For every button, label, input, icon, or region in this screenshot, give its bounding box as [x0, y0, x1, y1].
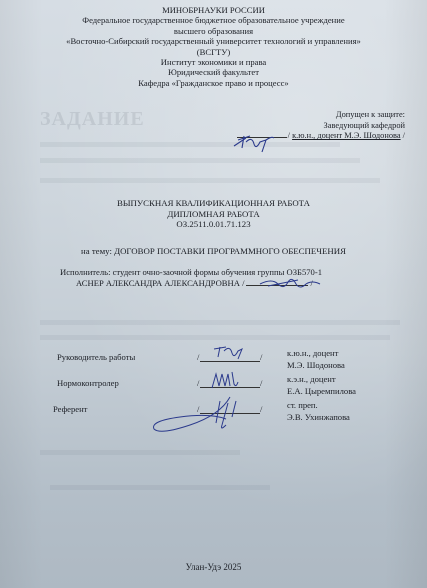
- signatory-role: Руководитель работы: [57, 352, 187, 362]
- signatory-name: Э.В. Ухинжапова: [287, 412, 350, 424]
- document-page: ЗАДАНИЕ МИНОБРНАУКИ РОССИИ Федеральное г…: [0, 0, 427, 588]
- bleed-through-line: [40, 158, 360, 163]
- normcontroller-signature-icon: [210, 370, 240, 392]
- supervisor-signature-icon: [212, 343, 246, 361]
- faculty: Юридический факультет: [0, 67, 427, 77]
- executor-signature-icon: [258, 276, 322, 292]
- bleed-through-line: [50, 485, 270, 490]
- title-line1: ВЫПУСКНАЯ КВАЛИФИКАЦИОННАЯ РАБОТА: [0, 198, 427, 209]
- ministry: МИНОБРНАУКИ РОССИИ: [0, 5, 427, 15]
- signature-line: [200, 361, 260, 362]
- university-abbr: (ВСГТУ): [0, 47, 427, 57]
- thesis-topic: на тему: ДОГОВОР ПОСТАВКИ ПРОГРАММНОГО О…: [0, 246, 427, 256]
- bleed-through-line: [40, 335, 390, 340]
- institution-type: Федеральное государственное бюджетное об…: [0, 15, 427, 25]
- signatory-credential: к.ю.н., доцент: [287, 348, 345, 360]
- signatory-role: Нормоконтролер: [57, 378, 187, 388]
- education-level: высшего образования: [0, 26, 427, 36]
- bleed-through-line: [40, 450, 240, 455]
- signatory-credential: ст. преп.: [287, 400, 350, 412]
- referent-signature-icon: [150, 395, 250, 445]
- bleed-through-heading: ЗАДАНИЕ: [40, 108, 145, 131]
- signatory-name: М.Э. Шодонова: [287, 360, 345, 372]
- institute: Институт экономики и права: [0, 57, 427, 67]
- head-credentials: к.ю.н., доцент М.Э. Шодонова: [292, 131, 401, 140]
- approval-line1: Допущен к защите:: [237, 110, 405, 121]
- approval-line2: Заведующий кафедрой: [237, 121, 405, 132]
- department: Кафедра «Гражданское право и процесс»: [0, 78, 427, 88]
- signatory-name: Е.А. Цыремпилова: [287, 386, 356, 398]
- executor-name: АСНЕР АЛЕКСАНДРА АЛЕКСАНДРОВНА /: [76, 278, 244, 288]
- university-name: «Восточно-Сибирский государственный унив…: [0, 36, 427, 46]
- head-signature-icon: [232, 132, 276, 154]
- bleed-through-line: [40, 142, 340, 147]
- document-code: ОЗ.2511.0.01.71.123: [0, 219, 427, 230]
- title-line2: ДИПЛОМНАЯ РАБОТА: [0, 209, 427, 220]
- institution-header: МИНОБРНАУКИ РОССИИ Федеральное государст…: [0, 5, 427, 88]
- signatory-credential: к.э.н., доцент: [287, 374, 356, 386]
- bleed-through-line: [40, 178, 380, 183]
- approval-slash: /: [403, 131, 405, 140]
- title-block: ВЫПУСКНАЯ КВАЛИФИКАЦИОННАЯ РАБОТА ДИПЛОМ…: [0, 198, 427, 230]
- city-year: Улан-Удэ 2025: [0, 562, 427, 572]
- bleed-through-line: [40, 320, 400, 325]
